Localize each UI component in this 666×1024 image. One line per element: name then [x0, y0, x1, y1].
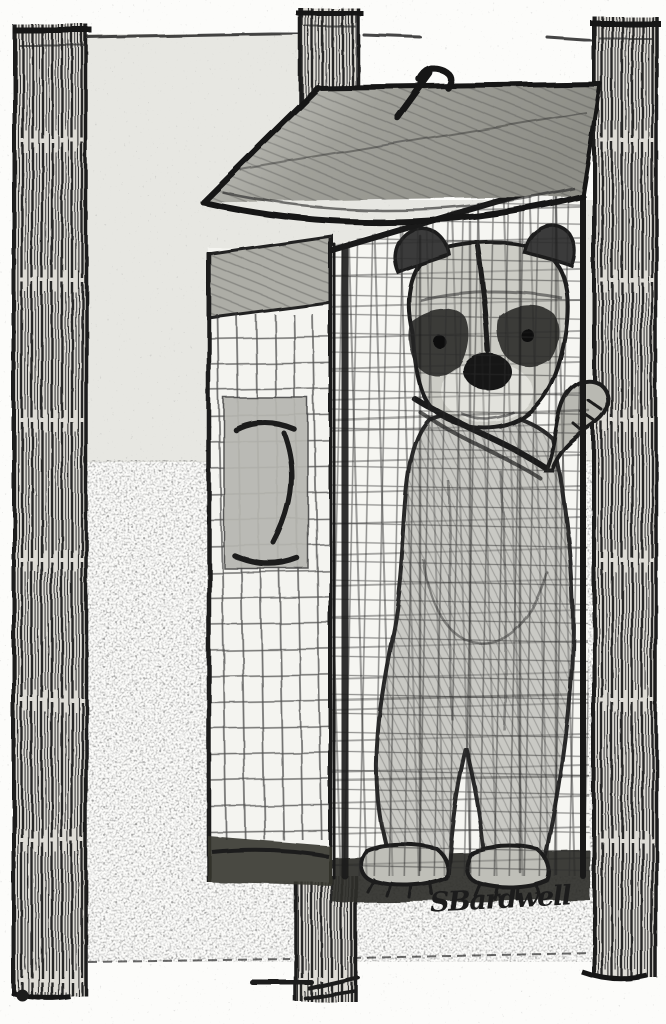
cage-trap — [203, 69, 608, 902]
door-mesh — [210, 314, 330, 840]
cage-door-open — [208, 236, 332, 886]
left-post — [12, 24, 92, 1001]
sketch-canvas: SBardwell — [0, 0, 666, 1024]
raccoon-trap-drawing — [0, 0, 666, 1024]
right-post — [582, 16, 660, 979]
cage-front — [332, 172, 608, 902]
